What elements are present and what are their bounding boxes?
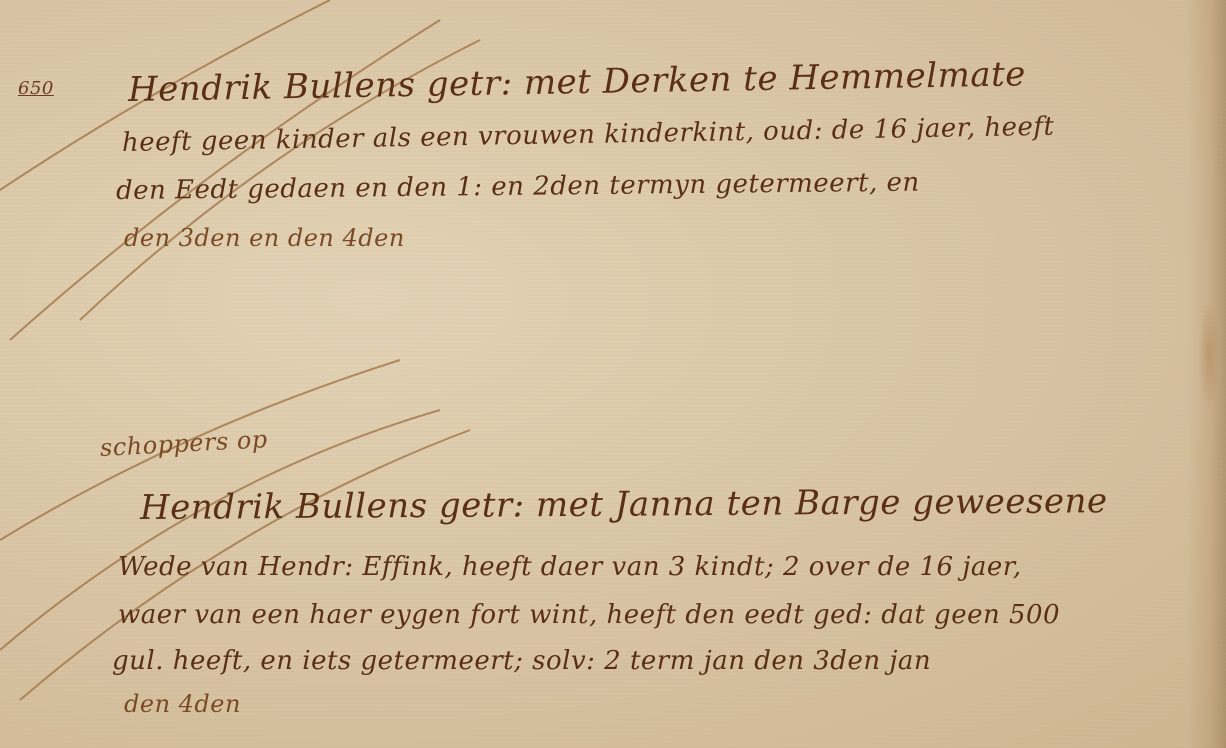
- entry-1-line-3: den Eedt gedaen en den 1: en 2den termyn…: [116, 168, 920, 206]
- entry-2-line-1: Hendrik Bullens getr: met Janna ten Barg…: [140, 481, 1108, 528]
- entry-2-line-2: Wede van Hendr: Effink, heeft daer van 3…: [118, 552, 1022, 582]
- entry-number: 650: [18, 78, 54, 99]
- margin-note: schoppers op: [99, 425, 268, 462]
- entry-2-line-5: den 4den: [124, 690, 241, 718]
- entry-2-line-4: gul. heeft, en iets getermeert; solv: 2 …: [112, 646, 931, 676]
- entry-1-line-4: den 3den en den 4den: [124, 224, 405, 252]
- entry-2-line-3: waer van een haer eygen fort wint, heeft…: [118, 600, 1060, 630]
- entry-1-line-1: Hendrik Bullens getr: met Derken te Hemm…: [128, 54, 1027, 110]
- water-stain: [1198, 300, 1220, 410]
- entry-1-line-2: heeft geen kinder als een vrouwen kinder…: [122, 112, 1055, 158]
- manuscript-page: 650 Hendrik Bullens getr: met Derken te …: [0, 0, 1226, 748]
